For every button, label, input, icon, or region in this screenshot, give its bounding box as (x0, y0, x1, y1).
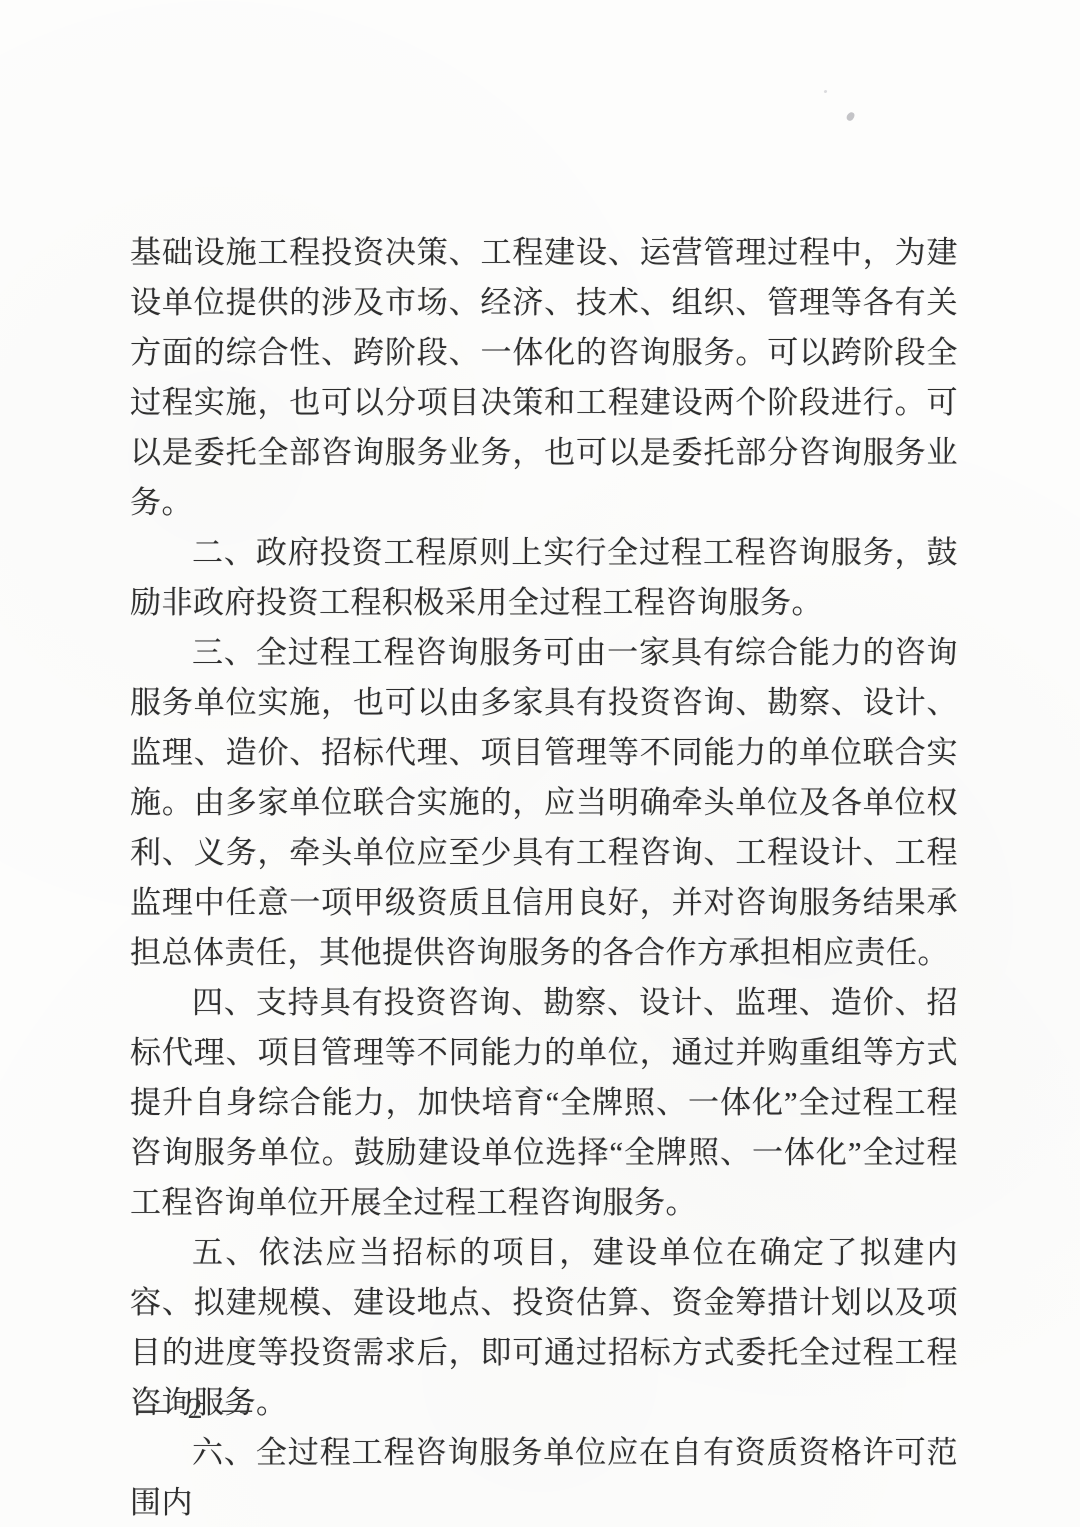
paragraph-4: 四、支持具有投资咨询、勘察、设计、监理、造价、招标代理、项目管理等不同能力的单位… (130, 978, 958, 1228)
scan-speck-artifact (845, 111, 855, 122)
page-number-text: — 2 — (138, 1392, 258, 1425)
paragraph-2: 二、政府投资工程原则上实行全过程工程咨询服务，鼓励非政府投资工程积极采用全过程工… (130, 528, 958, 628)
document-body: 基础设施工程投资决策、工程建设、运营管理过程中，为建设单位提供的涉及市场、经济、… (130, 228, 958, 1527)
page-number: — 2 — (138, 1392, 258, 1426)
paragraph-1: 基础设施工程投资决策、工程建设、运营管理过程中，为建设单位提供的涉及市场、经济、… (130, 228, 958, 528)
document-page: 基础设施工程投资决策、工程建设、运营管理过程中，为建设单位提供的涉及市场、经济、… (0, 0, 1080, 1527)
paragraph-3: 三、全过程工程咨询服务可由一家具有综合能力的咨询服务单位实施，也可以由多家具有投… (130, 628, 958, 978)
paragraph-6: 六、全过程工程咨询服务单位应在自有资质资格许可范围内 (130, 1428, 958, 1527)
scan-speck-artifact-small (824, 90, 828, 94)
